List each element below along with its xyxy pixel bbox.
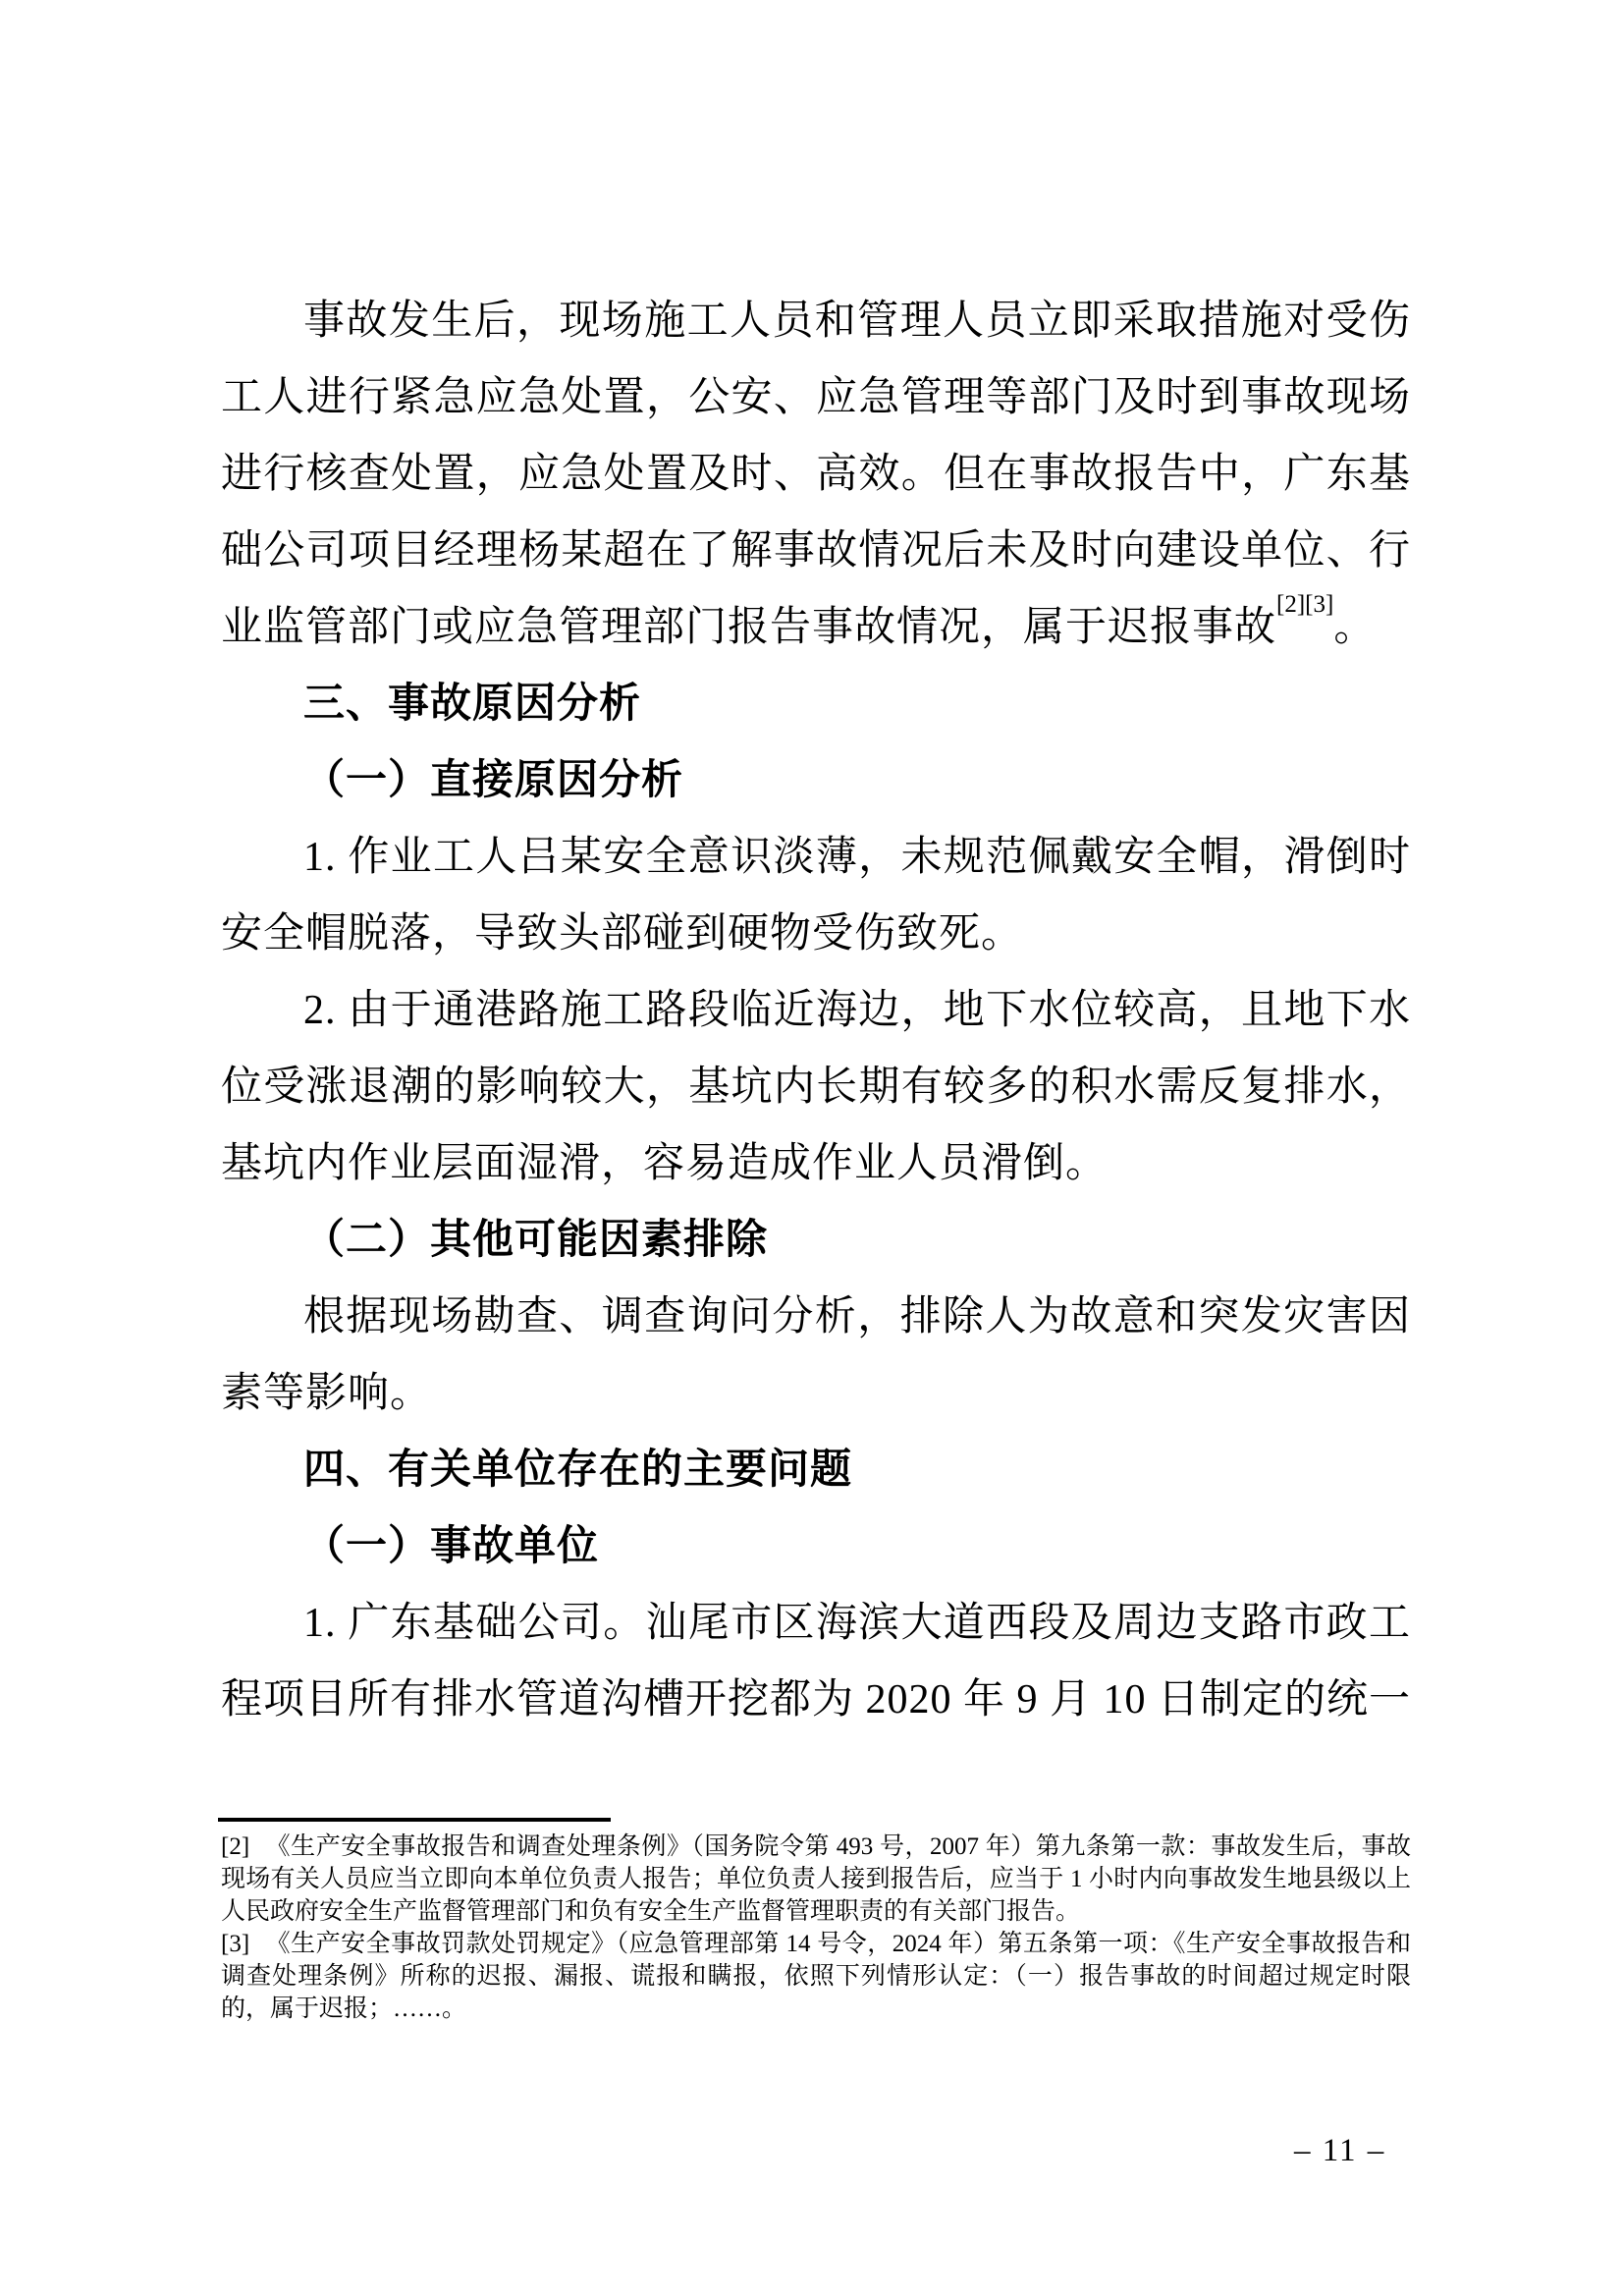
footnote-separator-rule	[218, 1818, 611, 1822]
heading-section-3-cause-analysis: 三、事故原因分析	[221, 666, 1411, 742]
heading-3-1-direct-cause: （一）直接原因分析	[221, 742, 1411, 819]
paragraph-accident-unit-1: 1. 广东基础公司。汕尾市区海滨大道西段及周边支路市政工程项目所有排水管道沟槽开…	[221, 1585, 1411, 1738]
paragraph-emergency-response-tail: 。	[1333, 605, 1376, 650]
document-page: 事故发生后，现场施工人员和管理人员立即采取措施对受伤工人进行紧急应急处置，公安、…	[0, 0, 1623, 2296]
paragraph-emergency-response: 事故发生后，现场施工人员和管理人员立即采取措施对受伤工人进行紧急应急处置，公安、…	[221, 283, 1411, 666]
footnote-reference-marks: [2][3]	[1276, 591, 1333, 618]
footnote-3-marker: [3]	[221, 1928, 265, 1960]
paragraph-direct-cause-2: 2. 由于通港路施工路段临近海边，地下水位较高，且地下水位受涨退潮的影响较大，基…	[221, 972, 1411, 1202]
heading-section-4-unit-problems: 四、有关单位存在的主要问题	[221, 1432, 1411, 1508]
document-body: 事故发生后，现场施工人员和管理人员立即采取措施对受伤工人进行紧急应急处置，公安、…	[221, 283, 1411, 1738]
paragraph-direct-cause-1: 1. 作业工人吕某安全意识淡薄，未规范佩戴安全帽，滑倒时安全帽脱落，导致头部碰到…	[221, 819, 1411, 972]
heading-4-1-accident-unit: （一）事故单位	[221, 1508, 1411, 1585]
footnote-3-text: 《生产安全事故罚款处罚规定》（应急管理部第 14 号令，2024 年）第五条第一…	[221, 1931, 1411, 2022]
footnote-2: [2]《生产安全事故报告和调查处理条例》（国务院令第 493 号，2007 年）…	[221, 1831, 1411, 1928]
footnotes-section: [2]《生产安全事故报告和调查处理条例》（国务院令第 493 号，2007 年）…	[221, 1831, 1411, 2025]
footnote-3: [3]《生产安全事故罚款处罚规定》（应急管理部第 14 号令，2024 年）第五…	[221, 1928, 1411, 2025]
page-number: – 11 –	[1294, 2131, 1385, 2170]
footnote-2-marker: [2]	[221, 1831, 265, 1863]
paragraph-emergency-response-text: 事故发生后，现场施工人员和管理人员立即采取措施对受伤工人进行紧急应急处置，公安、…	[221, 299, 1411, 650]
paragraph-exclusion: 根据现场勘查、调查询问分析，排除人为故意和突发灾害因素等影响。	[221, 1279, 1411, 1432]
heading-3-2-other-factors-excluded: （二）其他可能因素排除	[221, 1202, 1411, 1279]
footnote-2-text: 《生产安全事故报告和调查处理条例》（国务院令第 493 号，2007 年）第九条…	[221, 1833, 1411, 1925]
